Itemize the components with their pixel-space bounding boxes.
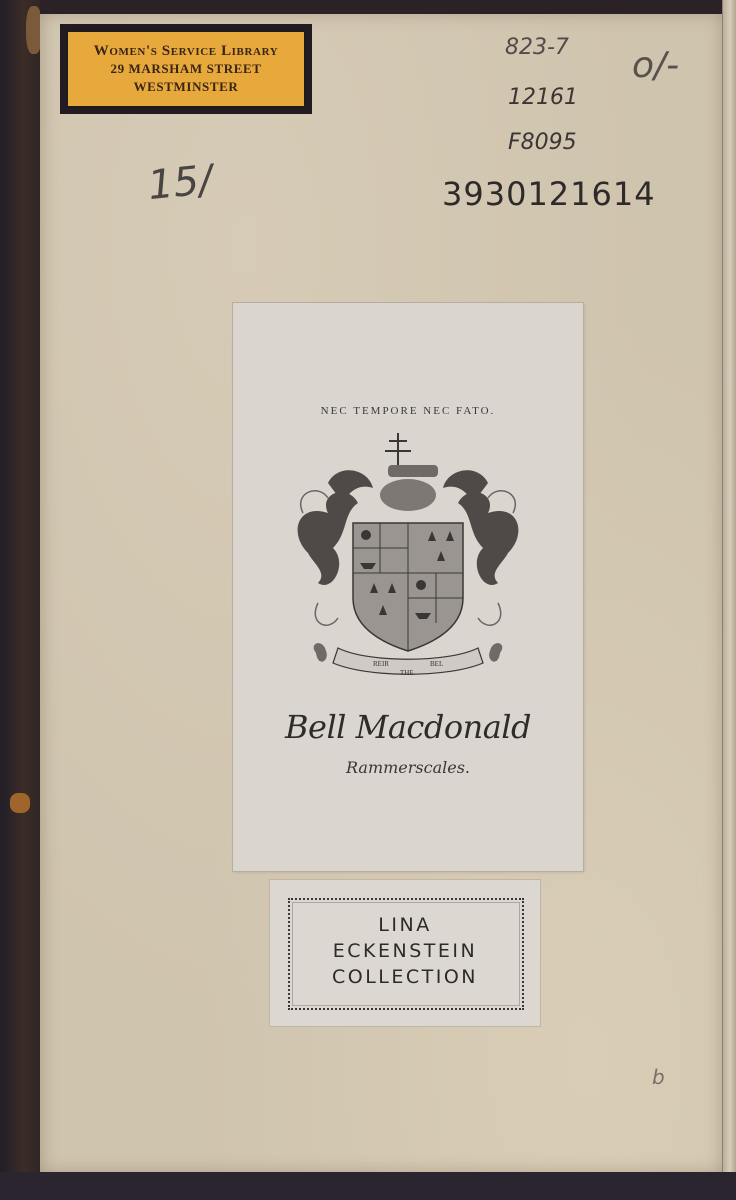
bottom-board-edge	[0, 1172, 736, 1200]
bookplate-motto: NEC TEMPORE NEC FATO.	[233, 405, 583, 417]
svg-text:BEL: BEL	[430, 660, 443, 668]
library-district: Westminster	[134, 78, 239, 96]
armorial-bookplate: NEC TEMPORE NEC FATO.	[233, 303, 583, 871]
handwritten-accession-number: 3930121614	[442, 175, 656, 213]
handwritten-shelfmark-2: 12161	[508, 85, 578, 110]
collection-text: LINA ECKENSTEIN COLLECTION	[270, 912, 540, 990]
coat-of-arms-icon: REIR THE BEL	[288, 423, 528, 703]
handwritten-shelfmark-1: 823-7	[505, 35, 569, 60]
bookplate-owner-name: Bell Macdonald	[233, 708, 583, 746]
top-board-edge	[40, 0, 736, 14]
handwritten-bottom-mark: b	[652, 1065, 665, 1089]
collection-line-2: ECKENSTEIN	[270, 938, 540, 964]
bookplate-owner-place: Rammerscales.	[233, 758, 583, 777]
handwritten-price: o/-	[632, 45, 679, 86]
library-street: 29 Marsham Street	[110, 60, 261, 78]
collection-label: LINA ECKENSTEIN COLLECTION	[270, 880, 540, 1026]
svg-text:REIR: REIR	[373, 660, 389, 668]
svg-text:THE: THE	[400, 669, 414, 677]
library-name: Women's Service Library	[94, 42, 279, 60]
leather-damage-spot	[10, 793, 30, 813]
collection-line-1: LINA	[270, 912, 540, 938]
handwritten-shelfmark-3: F8095	[508, 130, 577, 155]
flyleaf-edge	[722, 0, 736, 1200]
library-label: Women's Service Library 29 Marsham Stree…	[66, 30, 306, 108]
handwritten-left-number: 15/	[146, 157, 215, 209]
collection-line-3: COLLECTION	[270, 964, 540, 990]
